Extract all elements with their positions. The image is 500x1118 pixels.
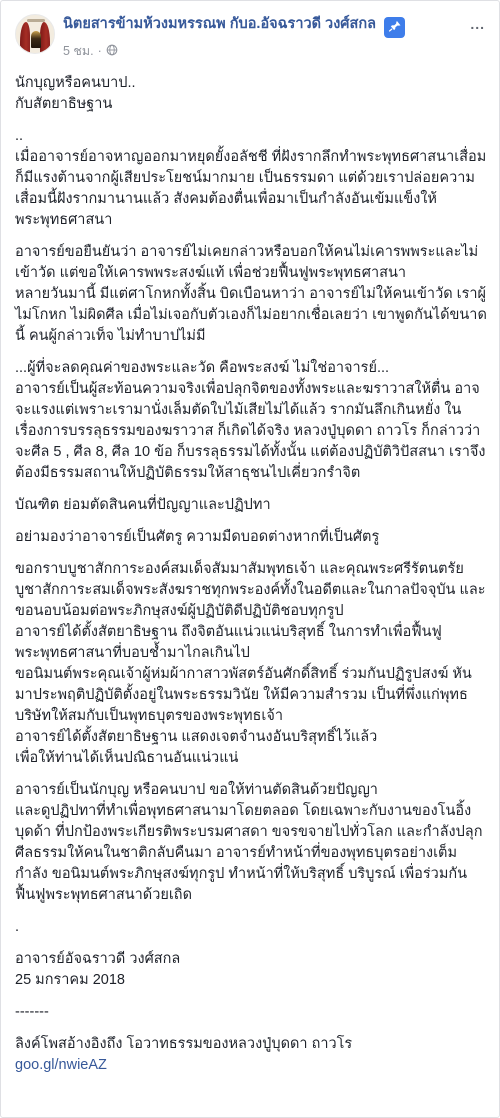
avatar-art-curtain-left: [20, 22, 30, 54]
more-options-button[interactable]: ...: [468, 17, 487, 31]
post-paragraph: ...ผู้ที่จะลดคุณค่าของพระและวัด คือพระสง…: [15, 358, 487, 484]
globe-icon: [106, 44, 118, 59]
post-meta: 5 ชม. ·: [63, 41, 487, 61]
facebook-post-card: นิตยสารข้ามห้วงมหรรณพ กับอ.อัจฉราวดี วงศ…: [0, 0, 500, 1118]
post-paragraph: .: [15, 917, 487, 938]
avatar-art-curtain-right: [40, 22, 50, 54]
post-header: นิตยสารข้ามห้วงมหรรณพ กับอ.อัจฉราวดี วงศ…: [1, 1, 499, 67]
post-paragraph: -------: [15, 1002, 487, 1023]
pushpin-icon: [384, 17, 405, 38]
page-name-link[interactable]: นิตยสารข้ามห้วงมหรรณพ กับอ.อัจฉราวดี วงศ…: [63, 16, 376, 32]
post-paragraph: อาจารย์อัจฉราวดี วงศ์สกล 25 มกราคม 2018: [15, 949, 487, 991]
post-paragraph: ขอกราบบูชาสักการะองค์สมเด็จสัมมาสัมพุทธเ…: [15, 559, 487, 769]
post-paragraph: อย่ามองว่าอาจารย์เป็นศัตรู ความมืดบอดต่า…: [15, 527, 487, 548]
avatar[interactable]: [15, 14, 55, 54]
avatar-art-statue: [31, 31, 41, 48]
post-paragraph: อาจารย์ขอยืนยันว่า อาจารย์ไม่เคยกล่าวหรื…: [15, 242, 487, 347]
post-url-link[interactable]: goo.gl/nwieAZ: [15, 1055, 107, 1076]
post-paragraph: ลิงค์โพสอ้างอิงถึง โอวาทธรรมของหลวงปู่บุ…: [15, 1034, 487, 1055]
post-body: นักบุญหรือคนบาป.. กับสัตยาธิษฐาน.. เมื่อ…: [1, 67, 499, 1090]
post-paragraph: อาจารย์เป็นนักบุญ หรือคนบาป ขอให้ท่านตัด…: [15, 780, 487, 906]
post-paragraph: นักบุญหรือคนบาป.. กับสัตยาธิษฐาน: [15, 73, 487, 115]
post-text: นักบุญหรือคนบาป.. กับสัตยาธิษฐาน.. เมื่อ…: [15, 73, 487, 1055]
post-paragraph: บัณฑิต ย่อมตัดสินคนที่ปัญญาและปฏิปทา: [15, 495, 487, 516]
timestamp-link[interactable]: 5 ชม.: [63, 41, 94, 61]
meta-separator: ·: [98, 44, 102, 58]
post-paragraph: .. เมื่ออาจารย์อาจหาญออกมาหยุดยั้งอลัชชี…: [15, 126, 487, 231]
header-text: นิตยสารข้ามห้วงมหรรณพ กับอ.อัจฉราวดี วงศ…: [63, 14, 487, 61]
